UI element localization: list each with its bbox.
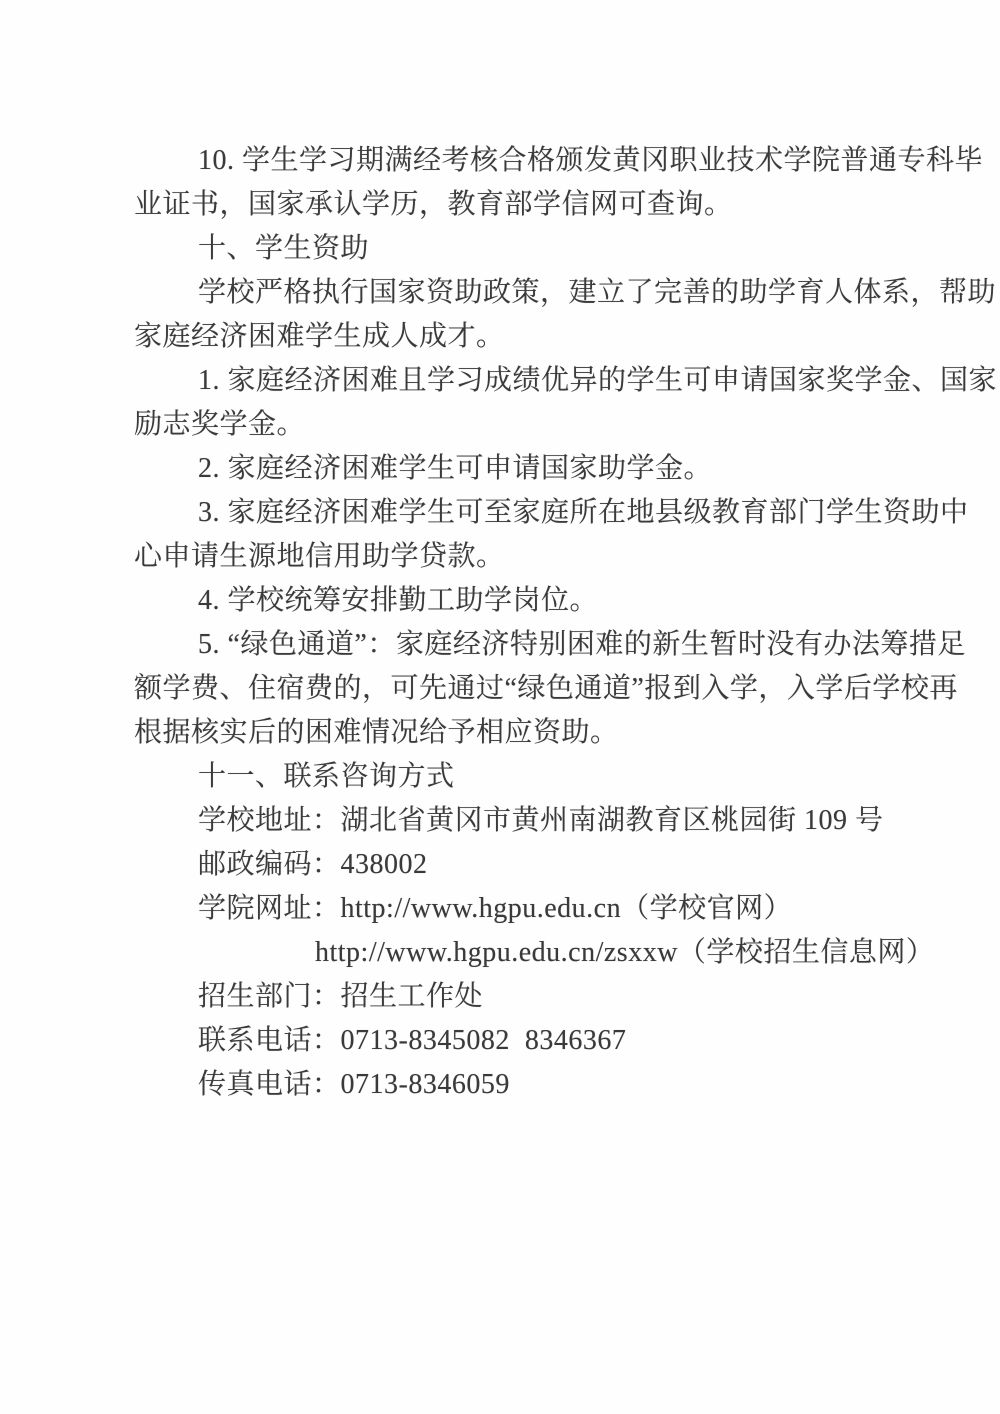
text-line: http://www.hgpu.edu.cn/zsxxw（学校招生信息网） <box>134 931 874 975</box>
text-line: 联系电话：0713-8345082 8346367 <box>134 1019 874 1063</box>
text-line: 根据核实后的困难情况给予相应资助。 <box>134 711 874 755</box>
text-line: 心申请生源地信用助学贷款。 <box>134 535 874 579</box>
text-line: 邮政编码：438002 <box>134 843 874 887</box>
text-line: 1. 家庭经济困难且学习成绩优异的学生可申请国家奖学金、国家 <box>134 359 874 403</box>
text-line: 学校地址：湖北省黄冈市黄州南湖教育区桃园街 109 号 <box>134 799 874 843</box>
text-line: 十一、联系咨询方式 <box>134 755 874 799</box>
text-line: 业证书，国家承认学历，教育部学信网可查询。 <box>134 183 874 227</box>
text-line: 十、学生资助 <box>134 227 874 271</box>
text-line: 4. 学校统筹安排勤工助学岗位。 <box>134 579 874 623</box>
text-line: 额学费、住宿费的，可先通过“绿色通道”报到入学，入学后学校再 <box>134 667 874 711</box>
text-line: 励志奖学金。 <box>134 403 874 447</box>
text-line: 5. “绿色通道”：家庭经济特别困难的新生暂时没有办法筹措足 <box>134 623 874 667</box>
text-line: 10. 学生学习期满经考核合格颁发黄冈职业技术学院普通专科毕 <box>134 139 874 183</box>
text-line: 学校严格执行国家资助政策，建立了完善的助学育人体系，帮助 <box>134 271 874 315</box>
text-line: 3. 家庭经济困难学生可至家庭所在地县级教育部门学生资助中 <box>134 491 874 535</box>
document-body: 10. 学生学习期满经考核合格颁发黄冈职业技术学院普通专科毕业证书，国家承认学历… <box>134 139 874 1107</box>
text-line: 传真电话：0713-8346059 <box>134 1063 874 1107</box>
text-line: 学院网址：http://www.hgpu.edu.cn（学校官网） <box>134 887 874 931</box>
text-line: 招生部门：招生工作处 <box>134 975 874 1019</box>
document-page: 10. 学生学习期满经考核合格颁发黄冈职业技术学院普通专科毕业证书，国家承认学历… <box>0 0 1000 1414</box>
text-line: 家庭经济困难学生成人成才。 <box>134 315 874 359</box>
text-line: 2. 家庭经济困难学生可申请国家助学金。 <box>134 447 874 491</box>
